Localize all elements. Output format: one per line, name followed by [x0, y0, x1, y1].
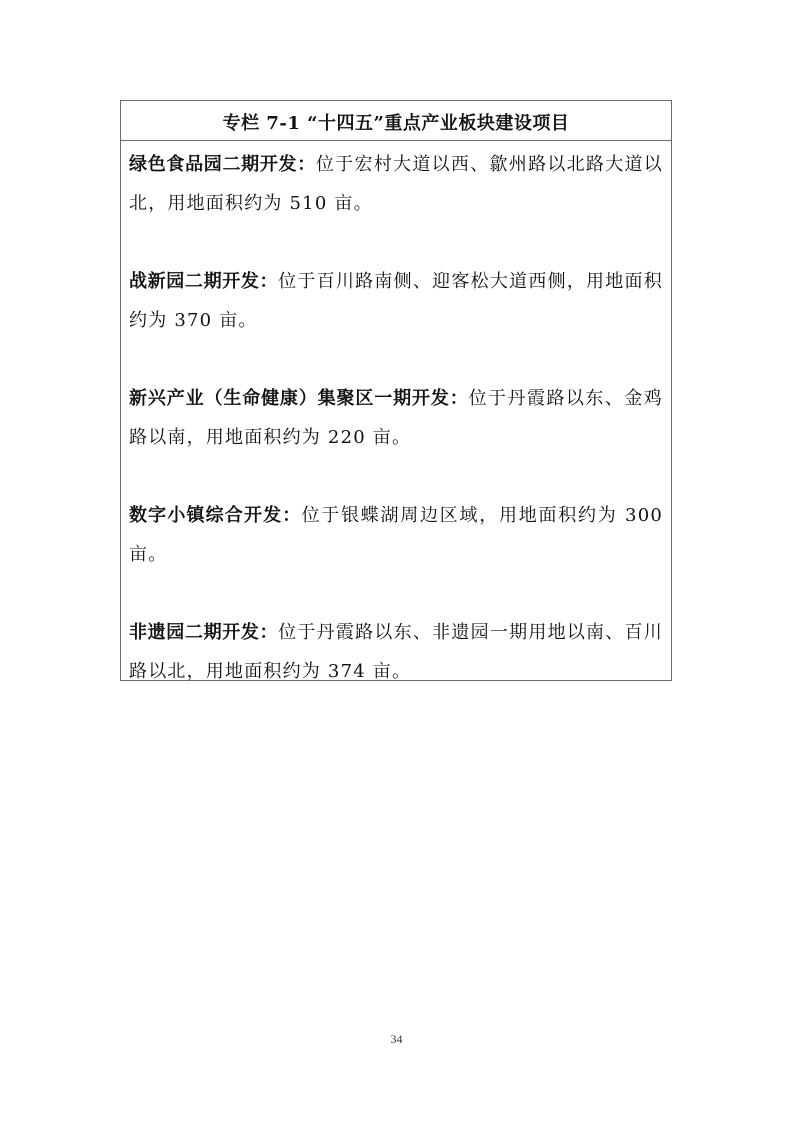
project-entry-life-health-cluster: 新兴产业（生命健康）集聚区一期开发：位于丹霞路以东、金鸡路以南，用地面积约为 2… — [129, 379, 663, 457]
project-title: 绿色食品园二期开发： — [129, 154, 316, 175]
project-title: 非遗园二期开发： — [129, 622, 278, 643]
page-number: 34 — [0, 1032, 793, 1047]
column-box: 专栏 7-1 “十四五”重点产业板块建设项目 绿色食品园二期开发：位于宏村大道以… — [120, 100, 672, 681]
project-entry-digital-town: 数字小镇综合开发：位于银蝶湖周边区域，用地面积约为 300 亩。 — [129, 496, 663, 574]
project-title: 数字小镇综合开发： — [129, 505, 301, 526]
project-title: 战新园二期开发： — [129, 271, 278, 292]
column-title: 专栏 7-1 “十四五”重点产业板块建设项目 — [121, 101, 671, 141]
project-entry-intangible-heritage-park: 非遗园二期开发：位于丹霞路以东、非遗园一期用地以南、百川路以北，用地面积约为 3… — [129, 613, 663, 691]
project-title: 新兴产业（生命健康）集聚区一期开发： — [129, 388, 469, 409]
project-entry-strategic-emerging-park: 战新园二期开发：位于百川路南侧、迎客松大道西侧，用地面积约为 370 亩。 — [129, 262, 663, 340]
column-body: 绿色食品园二期开发：位于宏村大道以西、歙州路以北路大道以北，用地面积约为 510… — [121, 141, 671, 691]
project-entry-green-food-park: 绿色食品园二期开发：位于宏村大道以西、歙州路以北路大道以北，用地面积约为 510… — [129, 145, 663, 223]
